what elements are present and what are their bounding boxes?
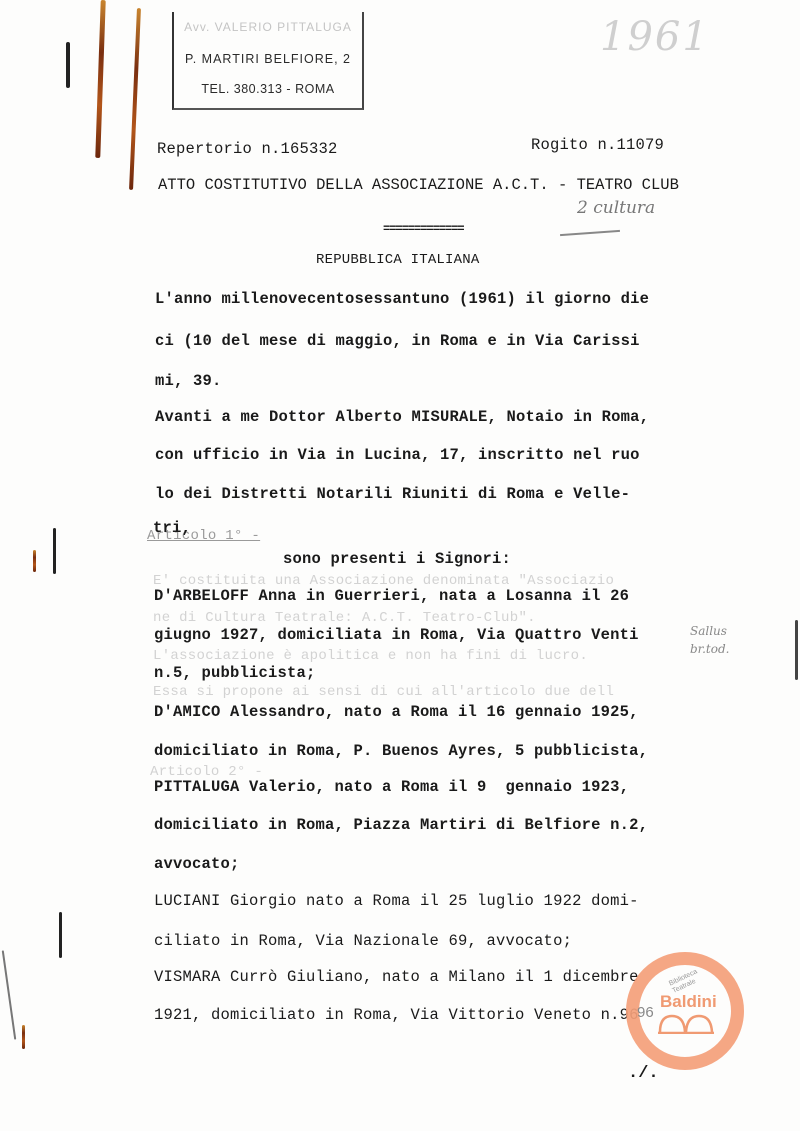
body-line: LUCIANI Giorgio nato a Roma il 25 luglio…: [154, 892, 639, 910]
body-line: L'anno millenovecentosessantuno (1961) i…: [155, 290, 649, 308]
body-line: con ufficio in Via in Lucina, 17, inscri…: [155, 446, 640, 464]
book-icon: [658, 1012, 714, 1034]
body-line: avvocato;: [154, 855, 240, 873]
handwritten-annotation: 2 cultura: [577, 198, 655, 218]
rust-stain-mark: [129, 8, 141, 190]
bleed-through-text: ne di Cultura Teatrale: A.C.T. Teatro-Cl…: [153, 610, 536, 626]
body-line: lo dei Distretti Notarili Riuniti di Rom…: [155, 485, 630, 503]
bleed-through-text: Essa si propone ai sensi di cui all'arti…: [153, 684, 614, 700]
body-line: giugno 1927, domiciliata in Roma, Via Qu…: [154, 626, 639, 644]
body-line: ciliato in Roma, Via Nazionale 69, avvoc…: [154, 932, 572, 950]
body-line: PITTALUGA Valerio, nato a Roma il 9 genn…: [154, 778, 629, 796]
body-line: mi, 39.: [155, 372, 222, 390]
rust-stain-mark: [95, 0, 106, 158]
continuation-mark: ./.: [628, 1064, 659, 1083]
lawyer-stamp: Avv. VALERIO PITTALUGA P. MARTIRI BELFIO…: [172, 12, 364, 110]
body-line: domiciliato in Roma, Piazza Martiri di B…: [154, 816, 648, 834]
binding-mark: [66, 42, 70, 88]
body-line: tri,: [153, 519, 191, 537]
handwritten-side-note: Sallus br.tod.: [690, 622, 729, 658]
stamp-phone: TEL. 380.313 - ROMA: [174, 82, 362, 96]
title-separator: =============: [383, 222, 464, 236]
handwritten-year: 1961: [600, 14, 710, 60]
body-line: domiciliato in Roma, P. Buenos Ayres, 5 …: [154, 742, 648, 760]
body-line: 1921, domiciliato in Roma, Via Vittorio …: [154, 1006, 639, 1024]
document-title: ATTO COSTITUTIVO DELLA ASSOCIAZIONE A.C.…: [158, 176, 679, 194]
body-line: ci (10 del mese di maggio, in Roma e in …: [155, 332, 640, 350]
body-line: VISMARA Currò Giuliano, nato a Milano il…: [154, 968, 639, 986]
body-line: Avanti a me Dottor Alberto MISURALE, Not…: [155, 408, 649, 426]
body-line: D'ARBELOFF Anna in Guerrieri, nata a Los…: [154, 587, 629, 605]
watermark-brand: Baldini: [660, 992, 717, 1012]
stamp-address: P. MARTIRI BELFIORE, 2: [174, 52, 362, 66]
republic-heading: REPUBBLICA ITALIANA: [316, 252, 479, 268]
body-line: n.5, pubblicista;: [154, 664, 316, 682]
binding-mark: [53, 528, 56, 574]
rogito-number: Rogito n.11079: [531, 136, 664, 154]
body-line: D'AMICO Alessandro, nato a Roma il 16 ge…: [154, 703, 639, 721]
annotation-stroke: [560, 230, 620, 236]
stamp-name: Avv. VALERIO PITTALUGA: [174, 20, 362, 34]
rust-stain-mark: [33, 550, 36, 572]
page-edge-mark: [795, 620, 798, 680]
rust-stain-mark: [22, 1025, 25, 1049]
body-line: sono presenti i Signori:: [283, 550, 511, 568]
repertorio-number: Repertorio n.165332: [157, 140, 338, 158]
binding-mark: [2, 950, 17, 1039]
page-number: 96: [637, 1004, 654, 1021]
bleed-through-text: L'associazione è apolitica e non ha fini…: [153, 648, 588, 664]
binding-mark: [59, 912, 62, 958]
